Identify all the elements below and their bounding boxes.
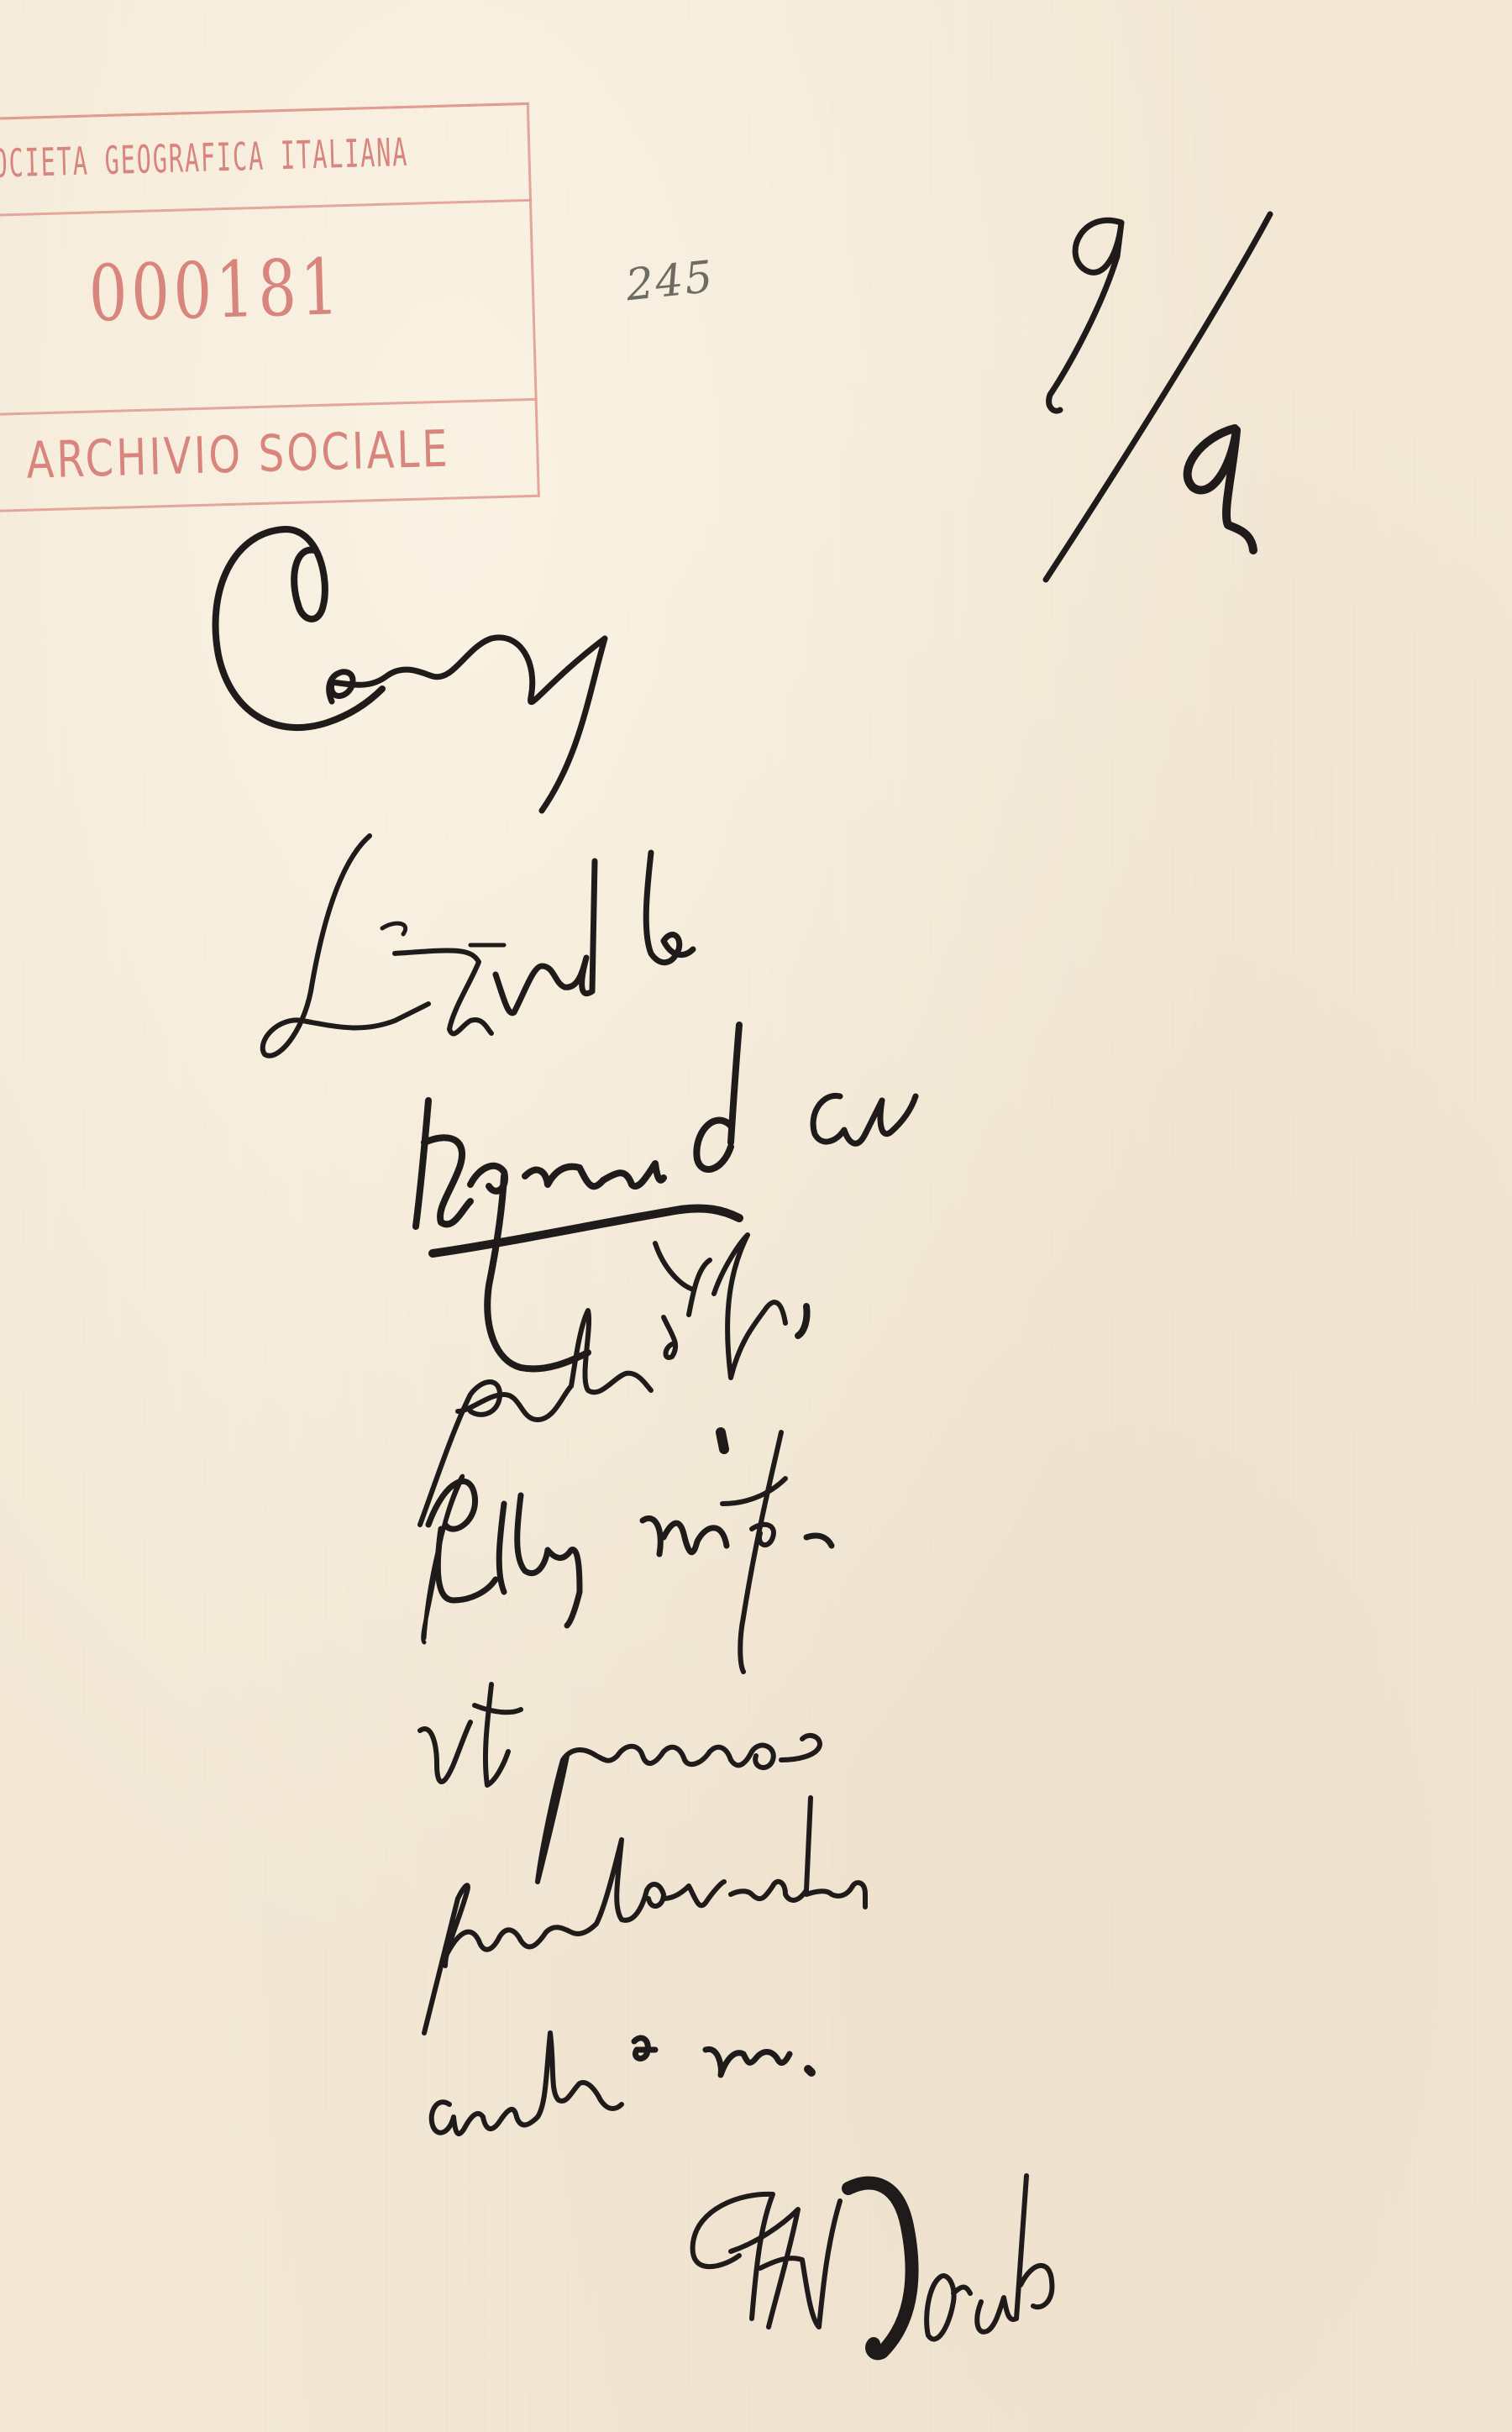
body-line-4-handwriting [423,1432,832,1672]
letter-page: OCIETA GEOGRAFICA ITALIANA 000181 ARCHIV… [0,0,1512,2432]
salutation-handwriting [216,529,605,811]
handwriting-ink [0,0,1512,2432]
signature-handwriting [693,2176,1053,2353]
date-handwriting [1046,214,1270,580]
body-line-3-handwriting [420,1235,807,1525]
body-line-7-handwriting [432,2033,811,2134]
body-line-6-handwriting [424,1798,865,2033]
body-line-1-handwriting [263,836,693,1056]
